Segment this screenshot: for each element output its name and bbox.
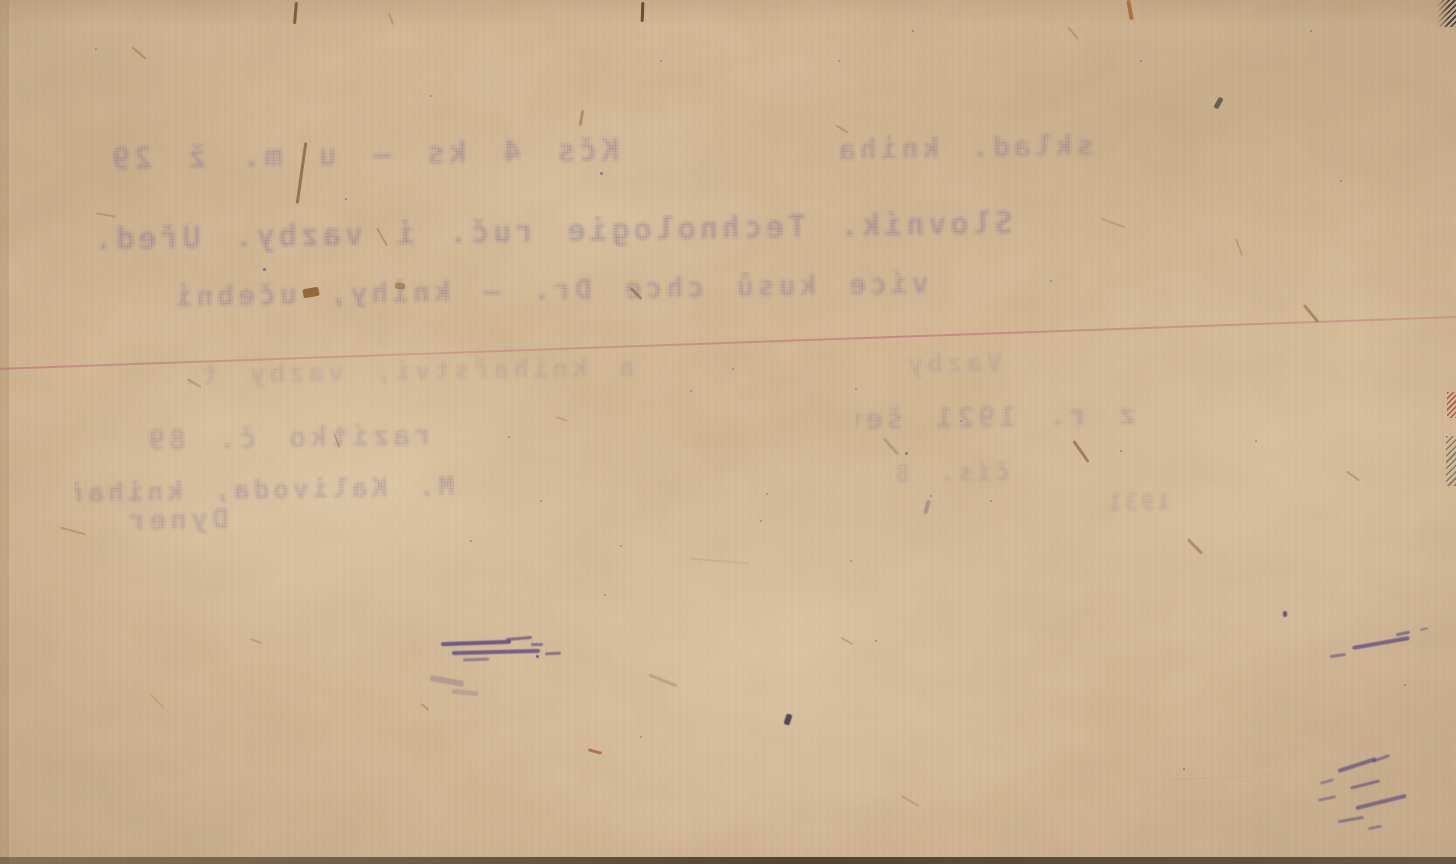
scan-edge-bottom-strip (0, 857, 1456, 864)
scanned-postcard-back: Kčs 4 ks — u m. ž 29sklad. knihaSlovník.… (0, 0, 1456, 864)
corner-hatch-mark (1437, 0, 1456, 27)
ruled-lines-layer (0, 0, 1456, 864)
bleedthrough-ghost-line: Slovník. Technologie ruč. i vazby. Úřed. (62, 208, 1012, 256)
ghost-text-layer: Kčs 4 ks — u m. ž 29sklad. knihaSlovník.… (0, 0, 1456, 864)
scan-edge-left-shadow (0, 0, 9, 864)
bleedthrough-ghost-line: 1931 (1050, 491, 1170, 516)
bleedthrough-ghost-line: čís. 8 (850, 460, 1010, 488)
bleedthrough-ghost-line: razítko č. 89 (141, 420, 431, 455)
bleedthrough-ghost-line: více kusů chce Dr. — knihy, učebnice (173, 268, 928, 311)
bleedthrough-ghost-line: M. Kalivoda, knihař (74, 474, 454, 508)
right-edge-gray-hatch (1446, 436, 1456, 486)
bleedthrough-tilt-wrapper: Kčs 4 ks — u m. ž 29sklad. knihaSlovník.… (0, 0, 1456, 864)
pink-ruled-line (1170, 774, 1292, 781)
bleedthrough-ghost-line: sklad. kniha (828, 131, 1093, 165)
right-edge-red-hatch (1447, 392, 1456, 418)
pink-ruled-line (0, 315, 1456, 369)
bleedthrough-ghost-line: Dyner (78, 504, 228, 536)
bleedthrough-ghost-line: Kčs 4 ks — u m. ž 29 (74, 135, 619, 176)
bleedthrough-ghost-line: z r. 1921 šev. (856, 400, 1136, 434)
bleedthrough-ghost-line: a knihařství, vazby t. (95, 355, 635, 392)
bleedthrough-ghost-line: Vazby (852, 350, 1002, 380)
